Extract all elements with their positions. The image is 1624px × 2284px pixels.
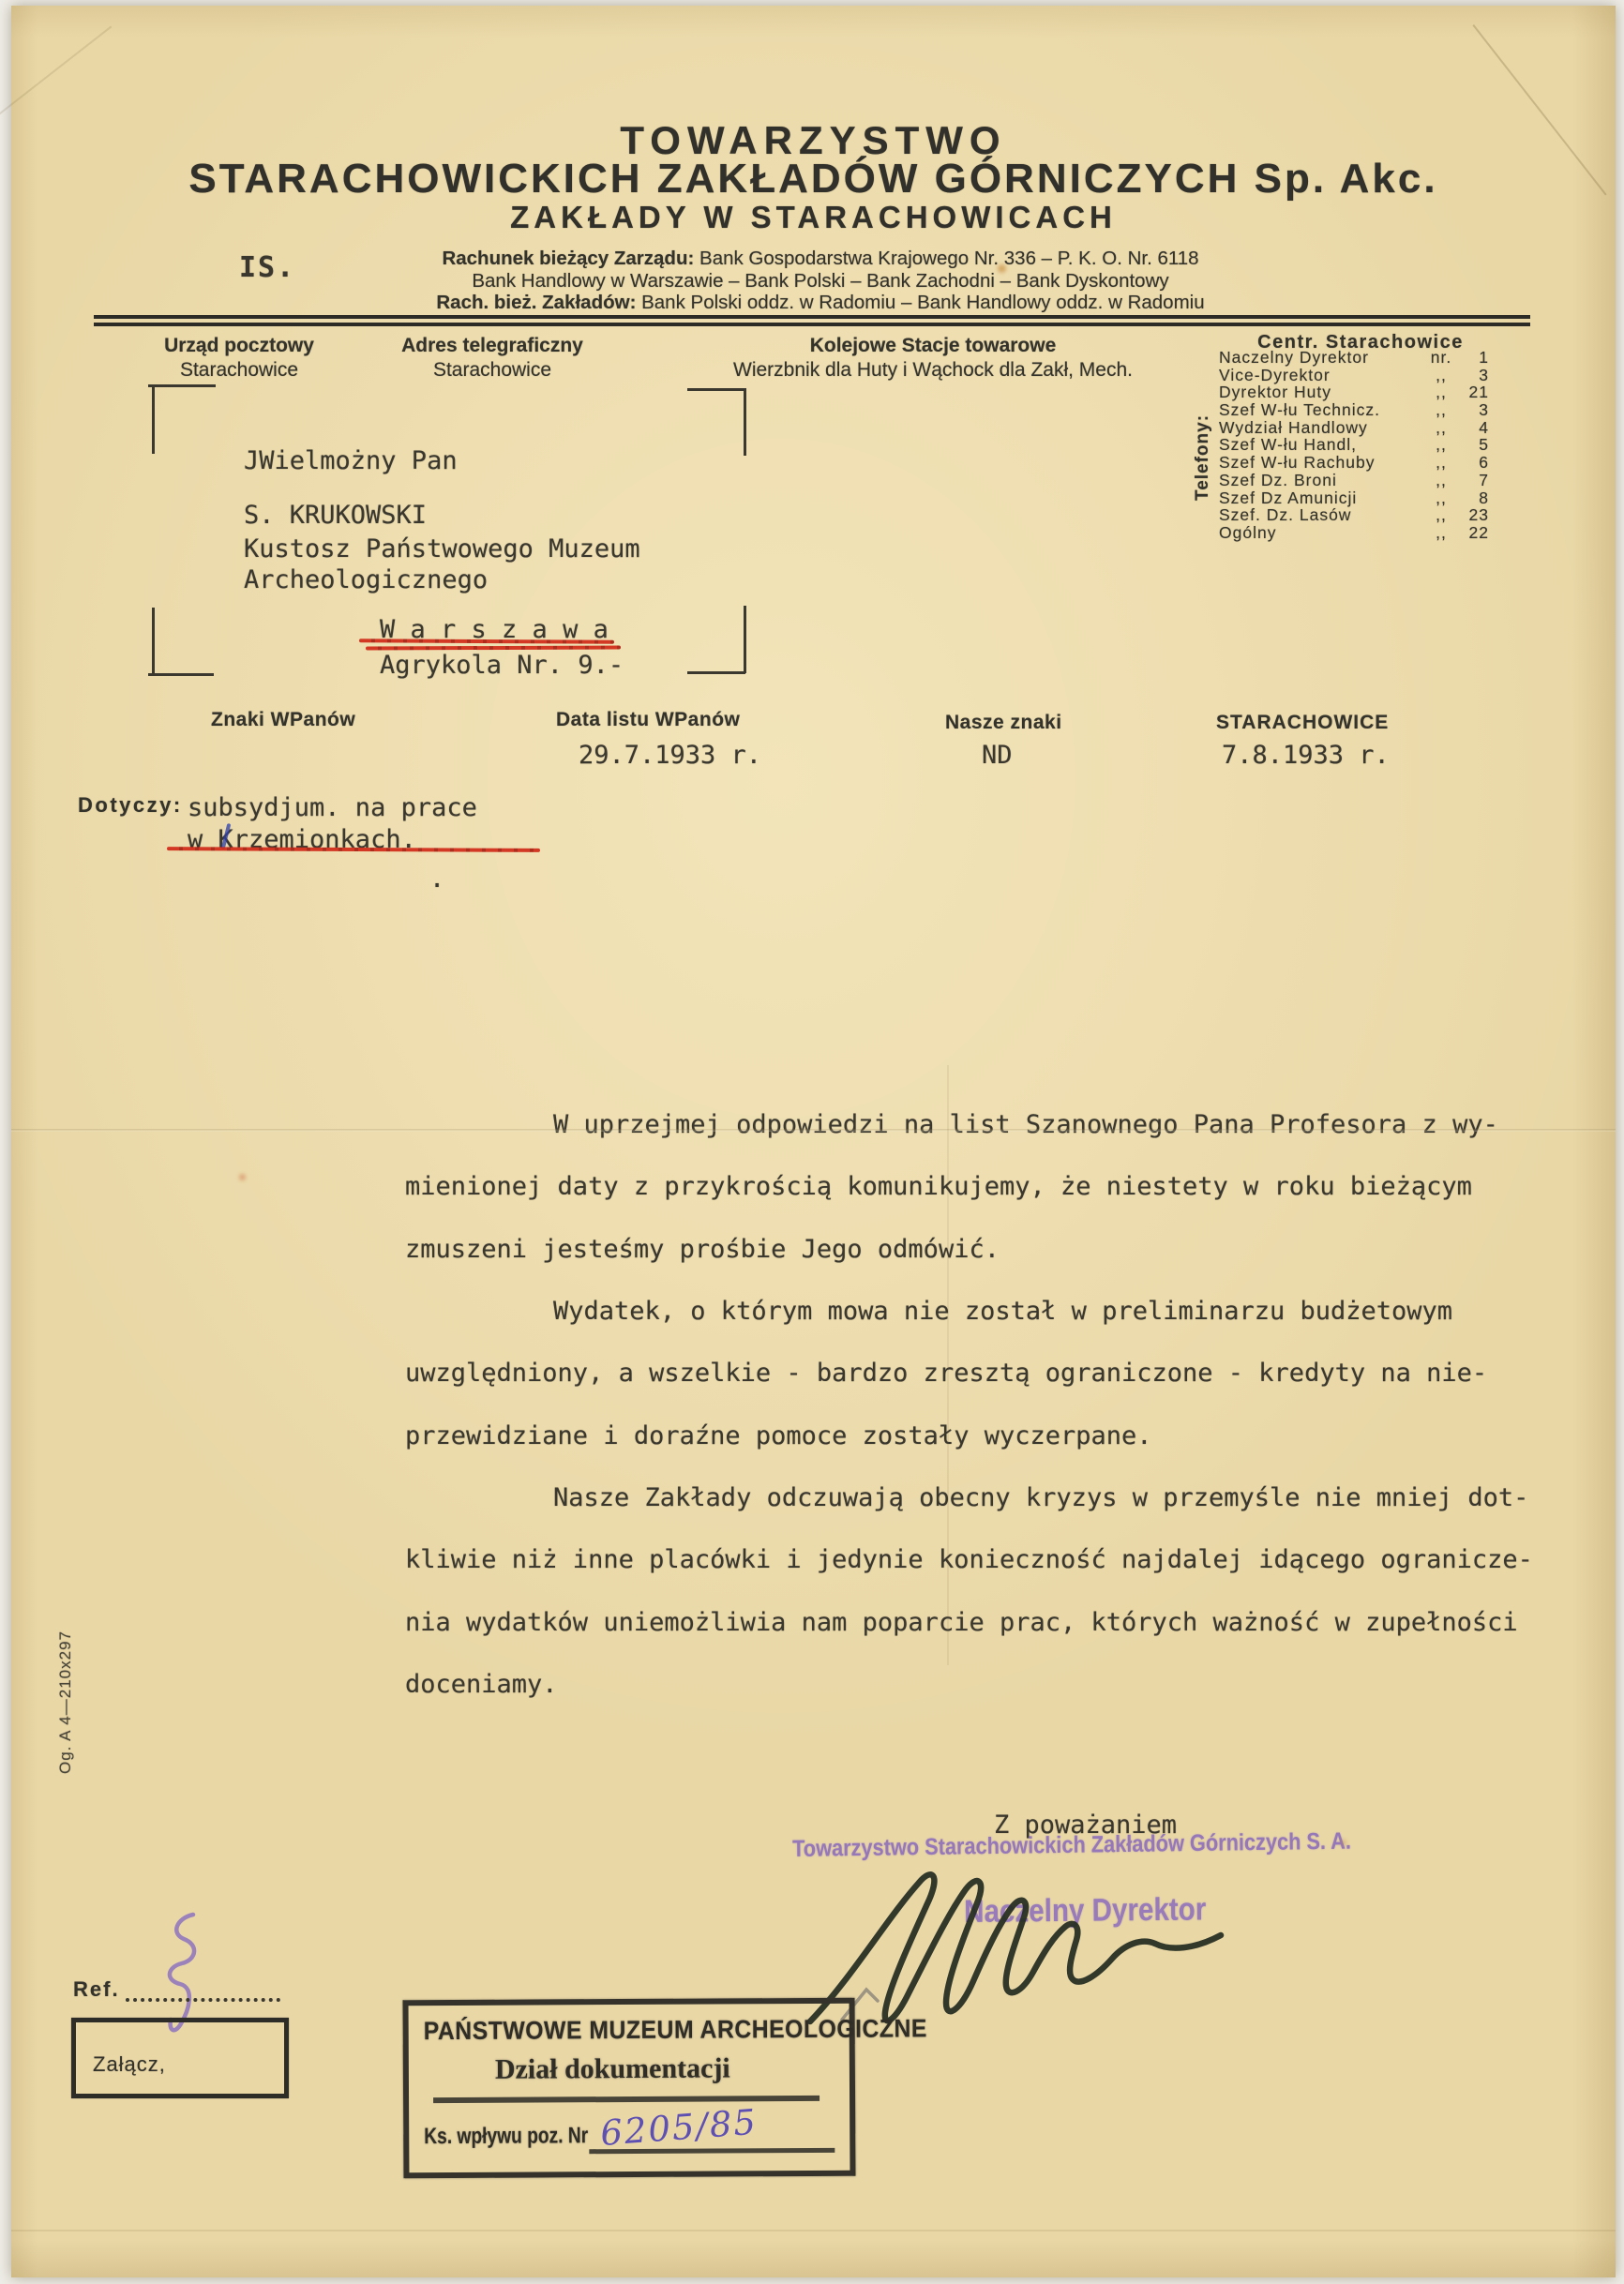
fold-line-bottom (11, 2230, 1616, 2231)
bank-line2: Bank Handlowy w Warszawie – Bank Polski … (225, 270, 1416, 293)
phone-label: Szef Dz Amunicji (1219, 488, 1425, 506)
address-bracket-bottom-right-v (744, 606, 746, 673)
company-name-line2: STARACHOWICKICH ZAKŁADÓW GÓRNICZYCH Sp. … (11, 156, 1616, 203)
phone-label: Ogólny (1219, 523, 1425, 541)
address-bracket-bottom-right-h (687, 671, 745, 674)
corner-crease-top-left (0, 25, 112, 119)
our-ref-value: ND (982, 741, 1013, 770)
rail-stations-column: Kolejowe Stacje towarowe Wierzbnik dla H… (656, 334, 1210, 383)
phone-label: Dyrektor Huty (1219, 383, 1425, 400)
phone-mark: ,, (1425, 471, 1457, 488)
phone-number: 3 (1457, 400, 1489, 418)
phone-directory-side-label: Telefony: (1193, 414, 1213, 501)
phone-label: Szef W-łu Rachuby (1219, 453, 1425, 471)
receipt-stamp-divider (433, 2096, 820, 2103)
form-code: Og. A 4—210x297 (56, 1630, 75, 1774)
your-date-value: 29.7.1933 r. (579, 741, 761, 770)
post-office-label: Urząd pocztowy (141, 334, 338, 358)
post-office-column: Urząd pocztowy Starachowice (141, 334, 338, 383)
bank-line1: Rachunek bieżący Zarządu: Bank Gospodars… (225, 248, 1416, 270)
body-line: zmuszeni jesteśmy prośbie Jego odmówić. (405, 1235, 1000, 1264)
phone-number: 4 (1457, 418, 1489, 436)
your-date-label: Data listu WPanów (556, 709, 740, 731)
subject-line1: subsydjum. na prace (188, 793, 477, 822)
recipient-street: Agrykola Nr. 9.- (380, 651, 624, 680)
phone-label: Naczelny Dyrektor (1219, 348, 1425, 366)
recipient-salutation: JWielmożny Pan (244, 446, 458, 475)
phone-label: Szef W-łu Handl, (1219, 435, 1425, 453)
scanned-letter-page: { "header": { "is_mark": "IS.", "company… (0, 0, 1624, 2284)
recipient-name: S. KRUKOWSKI (244, 501, 427, 530)
body-line: mienionej daty z przykrością komunikujem… (405, 1172, 1472, 1201)
bank-accounts-block: Rachunek bieżący Zarządu: Bank Gospodars… (225, 248, 1416, 314)
phone-row: Szef Dz Amunicji,,8 (1219, 488, 1489, 506)
receipt-entry-label: Ks. wpływu poz. Nr (424, 2123, 588, 2150)
phone-row: Szef. Dz. Lasów,,23 (1219, 505, 1489, 523)
phone-mark: ,, (1425, 435, 1457, 453)
telegraph-column: Adres telegraficzny Starachowice (375, 334, 609, 383)
phone-label: Wydział Handlowy (1219, 418, 1425, 436)
phone-row: Ogólny,,22 (1219, 523, 1489, 541)
bank-line1-text: Bank Gospodarstwa Krajowego Nr. 336 – P.… (699, 248, 1199, 269)
phone-mark: ,, (1425, 383, 1457, 400)
body-line: doceniamy. (405, 1670, 558, 1699)
address-bracket-top-left-h (148, 384, 216, 387)
telegraph-label: Adres telegraficzny (375, 334, 609, 358)
body-line: kliwie niż inne placówki i jedynie konie… (405, 1545, 1533, 1574)
telegraph-value: Starachowice (375, 358, 609, 383)
body-line: W uprzejmej odpowiedzi na list Szanowneg… (553, 1110, 1498, 1139)
address-bracket-bottom-left-h (148, 673, 214, 676)
city-underline-2 (366, 646, 621, 650)
body-line: przewidziane i doraźne pomoce zostały wy… (405, 1421, 1152, 1450)
recipient-title-line2: Archeologicznego (244, 565, 488, 594)
receipt-entry-value: 6205/85 (599, 2101, 759, 2153)
bank-line2-text: Bank Handlowy w Warszawie – Bank Polski … (472, 270, 1168, 292)
receipt-entry-underline (589, 2148, 835, 2154)
phone-mark: ,, (1425, 505, 1457, 523)
phone-number: 1 (1457, 348, 1489, 366)
phone-row: Wydział Handlowy,,4 (1219, 418, 1489, 436)
phone-mark: nr. (1425, 348, 1457, 366)
address-bracket-top-right-h (687, 388, 745, 391)
phone-label: Vice-Dyrektor (1219, 366, 1425, 383)
phone-row: Vice-Dyrektor,,3 (1219, 366, 1489, 383)
phone-number: 5 (1457, 435, 1489, 453)
receipt-stamp-line2: Dział dokumentacji (495, 2052, 730, 2085)
bank-line1-label: Rachunek bieżący Zarządu: (442, 248, 694, 269)
attachment-label: Załącz, (93, 2052, 166, 2077)
phone-row: Szef W-łu Rachuby,,6 (1219, 453, 1489, 471)
receipt-stamp-line1: PAŃSTWOWE MUZEUM ARCHEOLOGICZNE (424, 2014, 927, 2046)
phone-row: Szef W-łu Handl,,,5 (1219, 435, 1489, 453)
phone-row: Szef W-łu Technicz.,,3 (1219, 400, 1489, 418)
phone-label: Szef W-łu Technicz. (1219, 400, 1425, 418)
bank-line3-label: Rach. bież. Zakładów: (436, 292, 636, 313)
bank-line3: Rach. bież. Zakładów: Bank Polski oddz. … (225, 292, 1416, 314)
phone-number: 21 (1457, 383, 1489, 400)
phone-number: 23 (1457, 505, 1489, 523)
phone-mark: ,, (1425, 418, 1457, 436)
company-stamp-line1: Towarzystwo Starachowickich Zakładów Gór… (792, 1828, 1351, 1863)
body-line: uwzględniony, a wszelkie - bardzo zreszt… (405, 1359, 1487, 1388)
phone-number: 22 (1457, 523, 1489, 541)
your-ref-label: Znaki WPanów (211, 709, 355, 731)
phone-label: Szef. Dz. Lasów (1219, 505, 1425, 523)
phone-label: Szef Dz. Broni (1219, 471, 1425, 488)
phone-row: Dyrektor Huty,,21 (1219, 383, 1489, 400)
bank-line3-text: Bank Polski oddz. w Radomiu – Bank Handl… (641, 292, 1205, 313)
header-rule-bottom (94, 323, 1530, 326)
ref-dotted-line (126, 1979, 280, 2002)
ref-label: Ref. (73, 1977, 120, 2002)
phone-directory: Naczelny Dyrektornr.1 Vice-Dyrektor,,3 D… (1219, 348, 1489, 541)
phone-row: Naczelny Dyrektornr.1 (1219, 348, 1489, 366)
age-spot-1 (998, 264, 1006, 273)
phone-mark: ,, (1425, 366, 1457, 383)
body-line: Nasze Zakłady odczuwają obecny kryzys w … (553, 1483, 1528, 1512)
our-ref-label: Nasze znaki (945, 712, 1062, 734)
phone-row: Szef Dz. Broni,,7 (1219, 471, 1489, 488)
place-label: STARACHOWICE (1216, 712, 1389, 734)
phone-mark: ,, (1425, 453, 1457, 471)
letter-paper: TOWARZYSTWO STARACHOWICKICH ZAKŁADÓW GÓR… (11, 6, 1616, 2277)
company-name-line3: ZAKŁADY W STARACHOWICACH (11, 200, 1616, 235)
header-rule-top (94, 315, 1530, 319)
attachment-box: Załącz, (71, 2018, 289, 2098)
body-line: Wydatek, o którym mowa nie został w prel… (553, 1297, 1452, 1326)
phone-number: 3 (1457, 366, 1489, 383)
address-bracket-top-right-v (744, 388, 746, 456)
post-office-value: Starachowice (141, 358, 338, 383)
phone-mark: ,, (1425, 488, 1457, 506)
phone-number: 7 (1457, 471, 1489, 488)
place-date-value: 7.8.1933 r. (1222, 741, 1390, 770)
phone-mark: ,, (1425, 400, 1457, 418)
rail-stations-label: Kolejowe Stacje towarowe (656, 334, 1210, 358)
receipt-stamp-box: PAŃSTWOWE MUZEUM ARCHEOLOGICZNE Dział do… (403, 1998, 856, 2179)
phone-mark: ,, (1425, 523, 1457, 541)
address-bracket-bottom-left-v (152, 608, 155, 675)
age-spot-3 (1341, 1840, 1346, 1845)
rail-stations-value: Wierzbnik dla Huty i Wąchock dla Zakł, M… (656, 358, 1210, 383)
phone-number: 6 (1457, 453, 1489, 471)
recipient-title-line1: Kustosz Państwowego Muzeum (244, 534, 640, 563)
body-line: nia wydatków uniemożliwia nam poparcie p… (405, 1608, 1518, 1637)
subject-label: Dotyczy: (78, 793, 183, 818)
address-bracket-top-left-v (152, 384, 155, 454)
subject-stray-dot: . (429, 864, 444, 894)
age-spot-2 (239, 1174, 246, 1180)
phone-number: 8 (1457, 488, 1489, 506)
